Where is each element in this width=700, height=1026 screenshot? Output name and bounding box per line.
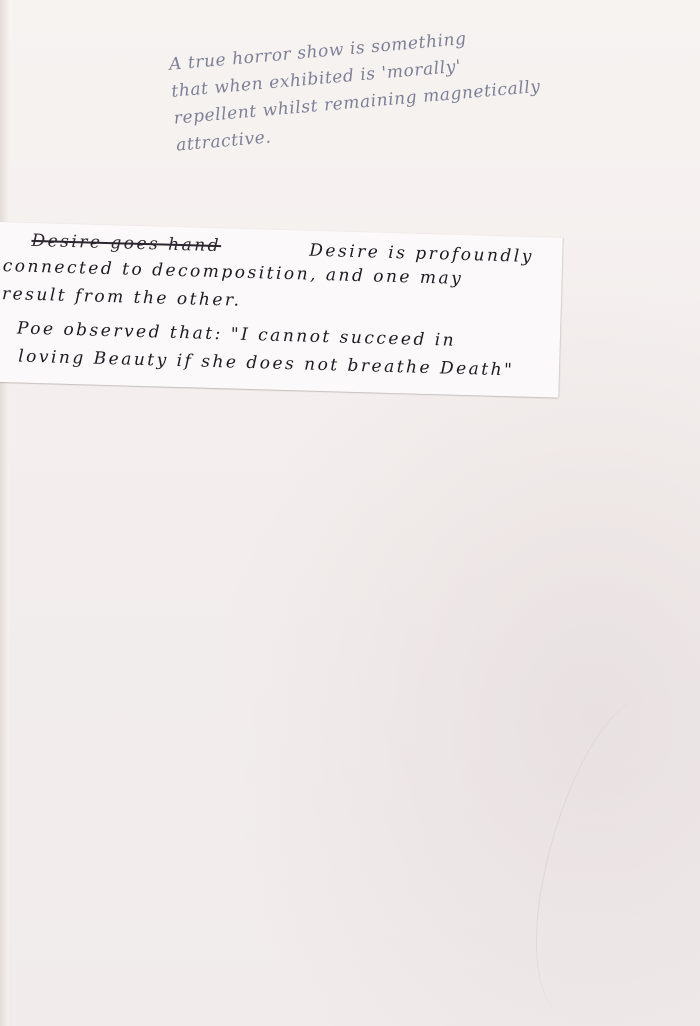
- slip-line: Poe observed that: "I cannot succeed in: [17, 319, 457, 351]
- paper-crease: [516, 681, 700, 1026]
- pasted-paper-slip: Desire goes hand Desire is profoundly co…: [0, 222, 563, 398]
- slip-line: result from the other.: [2, 284, 242, 311]
- notebook-page: A true horror show is something that whe…: [0, 0, 700, 1026]
- page-spine-edge: [0, 0, 9, 1026]
- slip-line: Desire is profoundly: [309, 241, 534, 267]
- struck-out-text: Desire goes hand: [31, 231, 221, 256]
- pencil-note: A true horror show is something that whe…: [168, 17, 576, 159]
- slip-line: loving Beauty if she does not breathe De…: [18, 347, 515, 381]
